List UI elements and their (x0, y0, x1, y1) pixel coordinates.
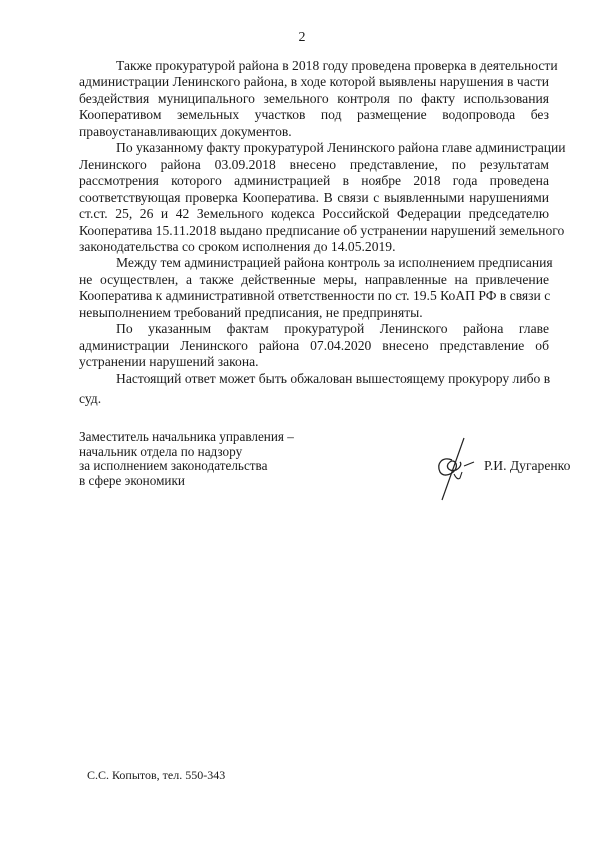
text-line: ст.ст. 25, 26 и 42 Земельного кодекса Ро… (79, 206, 549, 222)
position-line: начальник отдела по надзору (79, 445, 294, 460)
text-line: устранении нарушений закона. (79, 354, 549, 370)
signature-area: Р.И. Дугаренко (434, 434, 594, 504)
text-line: Между тем администрацией района контроль… (79, 255, 549, 271)
text-line: соответствующая проверка Кооператива. В … (79, 190, 549, 206)
text-line: законодательства со сроком исполнения до… (79, 239, 549, 255)
paragraph-representation-2020: По указанным фактам прокуратурой Ленинск… (79, 321, 549, 370)
text-line: Настоящий ответ может быть обжалован выш… (79, 371, 549, 387)
letter-body: Также прокуратурой района в 2018 году пр… (79, 58, 549, 408)
text-line: Кооператива 15.11.2018 выдано предписани… (79, 223, 549, 239)
signer-name: Р.И. Дугаренко (484, 458, 570, 474)
paragraph-inspection-2018: Также прокуратурой района в 2018 году пр… (79, 58, 549, 140)
text-line: рассмотрения которого администрацией в н… (79, 173, 549, 189)
page-number: 2 (0, 30, 604, 46)
text-line: не осуществлен, а также действенные меры… (79, 272, 549, 288)
text-line: невыполнением требований предписания, не… (79, 305, 549, 321)
text-line: бездействия муниципального земельного ко… (79, 91, 549, 107)
text-line: суд. (79, 391, 549, 407)
text-line: Также прокуратурой района в 2018 году пр… (79, 58, 549, 74)
paragraph-representation-2018: По указанному факту прокуратурой Ленинск… (79, 140, 549, 255)
signatory-position: Заместитель начальника управления – нача… (79, 430, 294, 488)
text-line: администрации Ленинского района 07.04.20… (79, 338, 549, 354)
position-line: в сфере экономики (79, 474, 294, 489)
text-line: По указанным фактам прокуратурой Ленинск… (79, 321, 549, 337)
text-line: Кооператива к административной ответстве… (79, 288, 549, 304)
position-line: за исполнением законодательства (79, 459, 294, 474)
text-line: правоустанавливающих документов. (79, 124, 549, 140)
executor-contact: С.С. Копытов, тел. 550-343 (87, 768, 225, 783)
text-line: Ленинского района 03.09.2018 внесено пре… (79, 157, 549, 173)
paragraph-appeal-notice: Настоящий ответ может быть обжалован выш… (79, 371, 549, 408)
position-line: Заместитель начальника управления – (79, 430, 294, 445)
text-line: По указанному факту прокуратурой Ленинск… (79, 140, 549, 156)
text-line: Кооперативом земельных участков под разм… (79, 107, 549, 123)
paragraph-control-not-exercised: Между тем администрацией района контроль… (79, 255, 549, 321)
text-line: администрации Ленинского района, в ходе … (79, 74, 549, 90)
